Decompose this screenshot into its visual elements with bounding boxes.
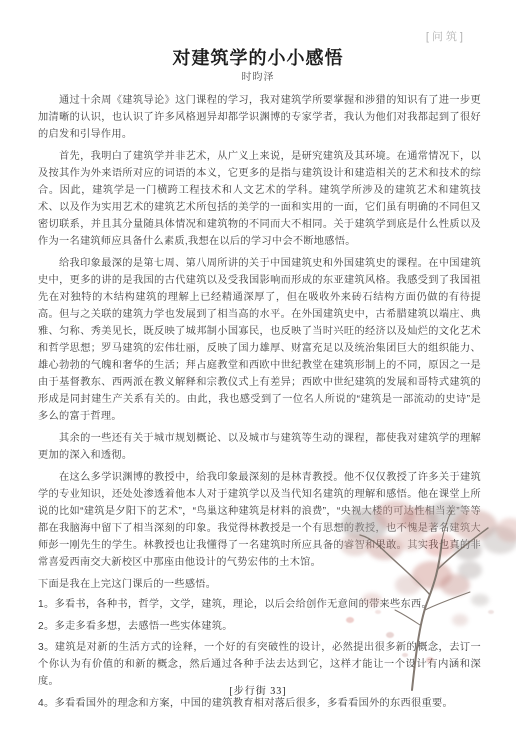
- essay-title: 对建筑学的小小感悟: [0, 44, 516, 70]
- page-footer-tag: [步行街 33]: [0, 682, 516, 697]
- list-intro: 下面是我在上完这门课后的一些感悟。: [38, 576, 481, 593]
- essay-body: 通过十余周《建筑导论》这门课程的学习，我对建筑学所要掌握和涉猎的知识有了进一步更…: [38, 92, 481, 716]
- list-item-2: 2。多走多看多想，去感悟一些实体建筑。: [38, 618, 481, 635]
- document-page: [问筑] 对建筑学的小小感悟 时昀泽 通过十余周《建筑导论》这门课程的学习，我对…: [0, 0, 516, 729]
- paragraph-1: 通过十余周《建筑导论》这门课程的学习，我对建筑学所要掌握和涉猎的知识有了进一步更…: [38, 92, 481, 143]
- paragraph-5: 在这么多学识渊博的教授中，给我印象最深刻的是林青教授。他不仅仅教授了许多关于建筑…: [38, 469, 481, 571]
- paragraph-2: 首先，我明白了建筑学并非艺术，从广义上来说，是研究建筑及其环境。在通常情况下，以…: [38, 148, 481, 250]
- page-header-tag: [问筑]: [426, 28, 466, 44]
- paragraph-3: 给我印象最深的是第七周、第八周所讲的关于中国建筑史和外国建筑史的课程。在中国建筑…: [38, 255, 481, 425]
- essay-author: 时昀泽: [0, 68, 516, 83]
- list-item-1: 1。多看书，各种书，哲学，文学，建筑，理论，以后会给创作无意间的带来些东西。: [38, 596, 481, 613]
- paragraph-4: 其余的一些还有关于城市规划概论、以及城市与建筑等生动的课程，都使我对建筑学的理解…: [38, 430, 481, 464]
- list-item-4: 4。多看看国外的理念和方案，中国的建筑教育相对落后很多，多看看国外的东西很重要。: [38, 695, 481, 712]
